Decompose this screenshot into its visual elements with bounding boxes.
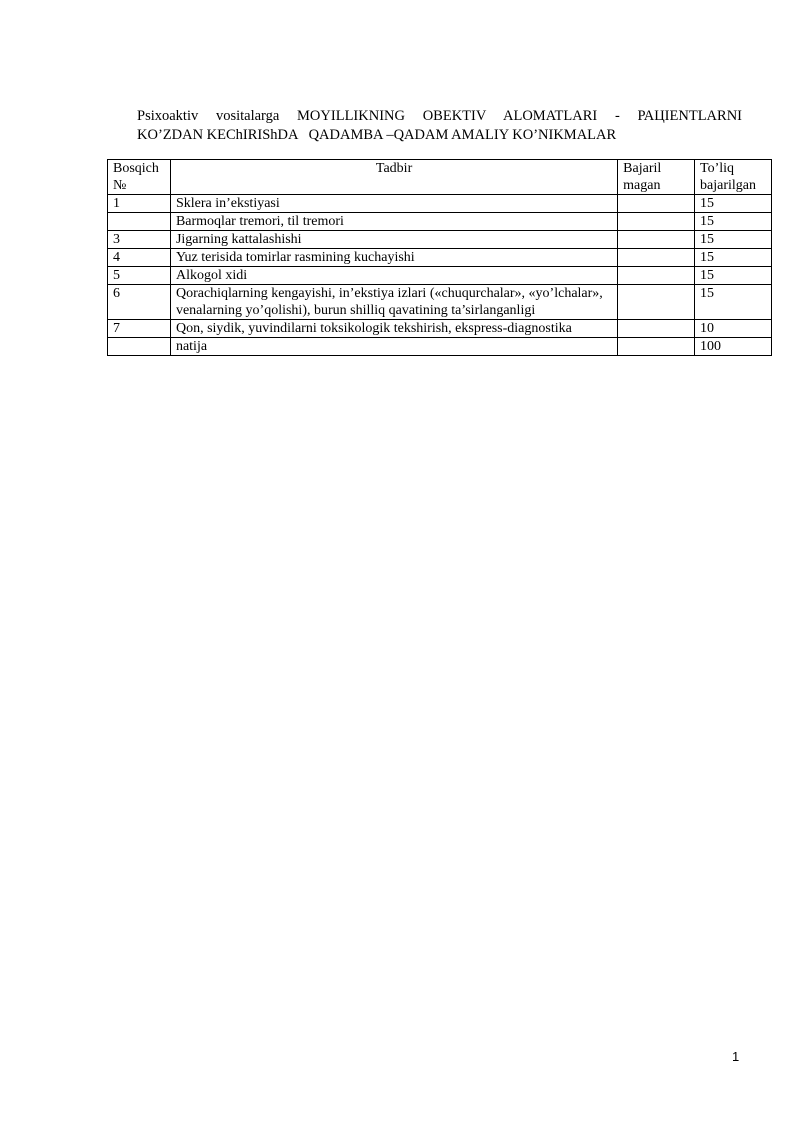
cell-step: 5 bbox=[108, 267, 171, 285]
cell-not-done bbox=[618, 267, 695, 285]
cell-not-done bbox=[618, 195, 695, 213]
cell-not-done bbox=[618, 231, 695, 249]
cell-not-done bbox=[618, 213, 695, 231]
cell-step: 1 bbox=[108, 195, 171, 213]
header-not-done: Bajaril magan bbox=[618, 160, 695, 195]
cell-step: 4 bbox=[108, 249, 171, 267]
cell-step bbox=[108, 338, 171, 356]
cell-fully-done: 15 bbox=[695, 231, 772, 249]
document-title: Psixoaktiv vositalarga MOYILLIKNING OBEK… bbox=[137, 107, 742, 145]
table-row: 3Jigarning kattalashishi15 bbox=[108, 231, 772, 249]
cell-step bbox=[108, 213, 171, 231]
cell-fully-done: 15 bbox=[695, 267, 772, 285]
table-row: 1Sklera in’ekstiyasi15 bbox=[108, 195, 772, 213]
cell-activity: Qorachiqlarning kengayishi, in’ekstiya i… bbox=[170, 285, 617, 320]
page-number: 1 bbox=[732, 1049, 739, 1064]
table-row: Barmoqlar tremori, til tremori15 bbox=[108, 213, 772, 231]
cell-not-done bbox=[618, 249, 695, 267]
table-row: 5Alkogol xidi15 bbox=[108, 267, 772, 285]
cell-activity: Qon, siydik, yuvindilarni toksikologik t… bbox=[170, 320, 617, 338]
header-fully-done: To’liq bajarilgan bbox=[695, 160, 772, 195]
table-body: 1Sklera in’ekstiyasi15Barmoqlar tremori,… bbox=[108, 195, 772, 356]
cell-step: 6 bbox=[108, 285, 171, 320]
cell-activity: Yuz terisida tomirlar rasmining kuchayis… bbox=[170, 249, 617, 267]
cell-fully-done: 15 bbox=[695, 213, 772, 231]
cell-fully-done: 100 bbox=[695, 338, 772, 356]
cell-step: 3 bbox=[108, 231, 171, 249]
cell-fully-done: 10 bbox=[695, 320, 772, 338]
table-row: natija100 bbox=[108, 338, 772, 356]
header-activity: Tadbir bbox=[170, 160, 617, 195]
cell-activity: Alkogol xidi bbox=[170, 267, 617, 285]
header-step: Bosqich № bbox=[108, 160, 171, 195]
table-row: 6Qorachiqlarning kengayishi, in’ekstiya … bbox=[108, 285, 772, 320]
table-row: 7Qon, siydik, yuvindilarni toksikologik … bbox=[108, 320, 772, 338]
cell-not-done bbox=[618, 338, 695, 356]
title-line-2: KO’ZDAN KEChIRIShDA QADAMBA –QADAM AMALI… bbox=[137, 126, 742, 145]
cell-fully-done: 15 bbox=[695, 195, 772, 213]
cell-fully-done: 15 bbox=[695, 285, 772, 320]
cell-not-done bbox=[618, 285, 695, 320]
cell-activity: Sklera in’ekstiyasi bbox=[170, 195, 617, 213]
cell-activity: Barmoqlar tremori, til tremori bbox=[170, 213, 617, 231]
cell-step: 7 bbox=[108, 320, 171, 338]
cell-not-done bbox=[618, 320, 695, 338]
cell-activity: natija bbox=[170, 338, 617, 356]
table-row: 4Yuz terisida tomirlar rasmining kuchayi… bbox=[108, 249, 772, 267]
cell-fully-done: 15 bbox=[695, 249, 772, 267]
cell-activity: Jigarning kattalashishi bbox=[170, 231, 617, 249]
title-line-1: Psixoaktiv vositalarga MOYILLIKNING OBEK… bbox=[137, 107, 742, 126]
table-header-row: Bosqich № Tadbir Bajaril magan To’liq ba… bbox=[108, 160, 772, 195]
skills-table: Bosqich № Tadbir Bajaril magan To’liq ba… bbox=[107, 159, 772, 356]
